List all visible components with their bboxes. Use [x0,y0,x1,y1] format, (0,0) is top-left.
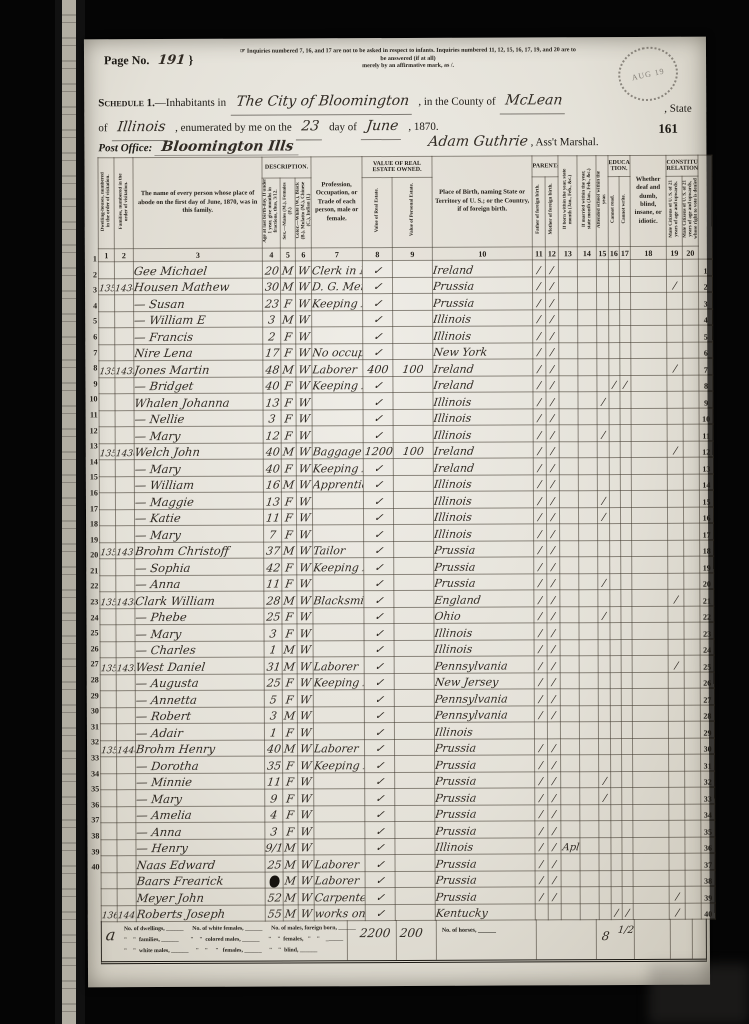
cell-re: ✓ [362,261,392,278]
cell-c19 [669,738,685,755]
row-number-left: 20 [87,548,98,564]
cell-value: / [550,281,555,292]
cell-sex: M [282,739,297,756]
cell-c16 [611,837,622,854]
cell-value: 3 [269,627,278,640]
cell-c17 [620,342,631,359]
cell-pe [394,623,434,640]
cell-value: / [550,314,555,325]
cell-c14 [577,260,596,277]
cell-occ [312,327,363,344]
cell-value: Prussia [435,890,477,903]
cell-occ: Laborer [314,855,365,872]
cell-value: F [285,561,294,574]
cell-value: Kentucky [435,907,488,920]
cell-c14 [579,689,598,706]
cell-value: / [538,578,543,589]
footer-horses-label: No. of horses, ______ [442,928,496,934]
cell-value: F [286,775,295,788]
cell-c14 [578,359,597,376]
cell-c19 [669,853,685,870]
group-header-constitutional: Constitutional Relations. [666,155,698,176]
cell-value: Ireland [433,379,475,392]
cell-c15 [599,821,611,838]
cell-value: Illinois [434,643,473,656]
cell-col: W [295,277,311,294]
cell-sex: F [283,772,298,789]
marshal-signature-line: Adam Guthrie , Ass't Marshal. [428,133,598,150]
cell-c16 [610,656,621,673]
cell-name: — Adair [135,723,264,740]
cell-c13 [560,540,579,557]
cell-c15: / [599,788,611,805]
footer-divider [436,920,437,960]
cell-c15 [599,870,611,887]
col-header-male-citizens-denied: Male Citizens of U. S. of 21 years of ag… [682,176,698,246]
cell-c13 [561,788,580,805]
footer-divider [536,919,537,959]
cell-c15 [599,887,611,904]
cell-dw [101,757,117,774]
cell-value: W [298,379,311,392]
cell-c17 [622,738,633,755]
cell-c19: / [667,358,683,375]
cell-fam: 1438 [116,592,135,609]
cell-name: — Mary [136,789,265,806]
cell-sex: M [281,475,296,492]
day-value: 23 [296,115,325,140]
row-number-right: 40 [701,903,715,920]
cell-value: M [284,742,297,755]
cell-c14 [579,705,598,722]
cell-c16 [611,821,622,838]
schedule-line: Schedule 1.—Inhabitants in The City of B… [98,89,694,141]
column-number: 7 [311,248,362,261]
cell-name: — Maggie [134,492,263,509]
cell-fam [115,328,134,345]
cell-col: W [297,607,313,624]
cell-value: / [601,430,606,441]
cell-value: ✓ [374,775,385,788]
cell-value: M [283,643,296,656]
cell-sex: F [281,508,296,525]
cell-value: / [538,512,543,523]
cell-fam [116,674,135,691]
cell-value: / [601,397,606,408]
cell-c17 [621,540,632,557]
cell-sex: F [283,805,298,822]
cell-value: W [299,660,312,673]
cell-c17 [621,672,632,689]
cell-c15: / [597,392,609,409]
row-number-right: 33 [701,787,715,804]
cell-value: W [299,742,312,755]
cell-c20 [683,408,699,425]
cell-value: England [434,593,482,606]
cell-c12: / [548,738,561,755]
cell-value: Illinois [433,412,472,425]
cell-dw [99,377,115,394]
page-number-line: Page No. 191 } [104,53,193,68]
cell-pe [394,640,434,657]
page-no-value: 191 [157,53,186,68]
cell-c16 [611,755,622,772]
row-number-left: 17 [87,501,98,517]
cell-value: F [286,792,295,805]
cell-value: Laborer [314,874,360,887]
cell-value: Ireland [433,362,475,375]
cell-value: Apl [561,842,579,853]
cell-pe [394,590,434,607]
cell-value: 1354 [99,367,115,377]
cell-value: W [298,478,311,491]
cell-fam [117,806,136,823]
cell-value: 1435 [115,367,134,377]
cell-value: ✓ [374,742,385,755]
cell-value: F [284,495,293,508]
row-number-left: 16 [87,485,98,501]
row-number-left: 21 [87,563,98,579]
cell-c12 [548,903,561,920]
cell-age: 17 [263,344,281,361]
cell-name: Naas Edward [136,855,265,872]
cell-c12: / [546,441,559,458]
cell-c13 [560,656,579,673]
cell-occ: Tailor [313,541,364,558]
footer-divider [347,920,348,960]
cell-sex: M [283,855,298,872]
cell-birth: Illinois [435,837,535,854]
cell-name: — Mary [134,459,263,476]
cell-value: / [673,363,678,374]
cell-value: Clerk in Mor [311,264,362,277]
cell-c15 [598,623,610,640]
cell-value: 1356 [100,548,116,558]
cell-pe [395,854,435,871]
cell-col: W [297,525,313,542]
cell-col: W [298,789,314,806]
cell-value: Laborer [314,742,360,755]
cell-sex: F [282,558,297,575]
row-number-left: 29 [88,688,99,704]
cell-col: W [296,310,312,327]
cell-occ: Clerk in Mor [311,261,362,278]
cell-c13 [559,474,578,491]
cell-value: 30 [264,281,280,294]
cell-c20 [683,474,699,491]
cell-c20 [684,540,700,557]
cell-value: / [551,479,556,490]
cell-c20 [683,375,699,392]
cell-c18 [632,523,668,540]
cell-c14 [578,491,597,508]
column-number: 19 [666,246,682,259]
cell-pe [394,656,434,673]
col-header-name: The name of every person whose place of … [133,157,262,249]
cell-dw: 1354 [99,361,115,378]
cell-c16 [611,738,622,755]
cell-col: W [297,657,313,674]
cell-value: Pennsylvania [434,709,508,722]
cell-value: / [674,660,679,671]
column-number: 10 [432,247,532,260]
cell-value: W [298,412,311,425]
cell-age: 9/12 [265,839,283,856]
cell-value: W [299,792,312,805]
cell-occ: Baggage Master [312,442,363,459]
cell-dw [99,427,115,444]
cell-sex: M [282,657,297,674]
cell-value: Gee Michael [133,263,207,277]
row-number-left: 39 [88,844,99,860]
cell-col: W [297,706,313,723]
cell-value: Prussia [435,742,477,755]
cell-c16 [609,491,620,508]
cell-c14 [579,606,598,623]
cell-value: ✓ [375,825,386,838]
cell-value: M [282,445,295,458]
cell-fam [117,856,136,873]
cell-value: F [284,462,293,475]
cell-value: M [282,264,295,277]
row-number-left: 28 [88,672,99,688]
cell-c13 [560,524,579,541]
cell-value: M [284,874,297,887]
instructions-fineprint: ☞ Inquiries numbered 7, 16, and 17 are n… [238,47,578,71]
row-number-right: 37 [701,853,715,870]
cell-birth: Illinois [433,491,533,508]
cell-occ [313,525,364,542]
cell-pe [394,524,434,541]
cell-age: 25 [265,855,283,872]
cell-value: — Mary [135,626,182,640]
cell-dw [101,806,117,823]
cell-sex: F [281,426,296,443]
cell-value: Apprentice Mach [312,478,363,491]
cell-c16 [610,590,621,607]
cell-c20 [685,820,701,837]
cell-c15 [597,342,609,359]
cell-c11: / [535,870,548,887]
row-number-left: 3 [86,282,97,298]
col-header-deaf-dumb: Whether deaf and dumb, blind, insane, or… [630,155,666,246]
cell-c14 [580,755,599,772]
cell-c13 [560,606,579,623]
cell-c16 [610,573,621,590]
cell-c20 [684,721,700,738]
cell-c19 [669,771,685,788]
cell-sex: F [282,574,297,591]
cell-c14 [579,540,598,557]
cell-c18 [632,639,668,656]
cell-fam [117,823,136,840]
row-number-right: 7 [699,358,713,375]
row-number-right: 5 [699,325,713,342]
cell-value: Baars Frearick [136,874,224,888]
cell-col: W [296,393,312,410]
cell-value: 4 [270,809,279,822]
cell-c13 [561,854,580,871]
cell-name: — Mary [134,426,263,443]
cell-c13 [560,623,579,640]
cell-c15 [597,293,609,310]
cell-c17 [621,523,632,540]
cell-re: ✓ [363,426,393,443]
column-number: 11 [532,247,545,260]
cell-age: 40 [263,377,281,394]
cell-value: Illinois [435,841,474,854]
cell-c14 [578,276,597,293]
cell-value: D. G. Merchant [312,280,363,293]
cell-name: — William [134,476,263,493]
cell-value: / [673,446,678,457]
row-number-left: 26 [88,641,99,657]
cell-value: 1440 [116,746,135,756]
row-number-right: 16 [700,507,714,524]
cell-value: / [551,595,556,606]
cell-value: Naas Edward [136,857,216,871]
cell-c11: / [533,375,546,392]
row-number-left: 24 [87,610,98,626]
cell-c14 [578,458,597,475]
cell-c15 [597,408,609,425]
cell-birth: Illinois [434,639,534,656]
county-label: , in the County of [418,96,495,108]
cell-value: / [675,908,680,919]
cell-c18 [632,573,668,590]
cell-dw [100,724,116,741]
cell-value: 11 [265,578,281,591]
schedule-title: Schedule 1. [98,97,155,109]
cell-c14 [578,309,597,326]
cell-pe [395,739,435,756]
cell-value: New York [433,346,488,359]
cell-c13 [560,573,579,590]
cell-c16 [610,540,621,557]
cell-pe [393,491,433,508]
cell-re: ✓ [364,690,394,707]
cell-age: 1 [264,641,282,658]
cell-re: ✓ [364,574,394,591]
cell-pe [395,887,435,904]
cell-c19 [667,490,683,507]
cell-value: — Dorotha [136,758,200,772]
cell-value: ✓ [373,478,384,491]
cell-c18 [632,589,668,606]
cell-value: / [537,265,542,276]
row-number-right: 35 [701,820,715,837]
cell-dw [100,707,116,724]
cell-value: / [551,562,556,573]
cell-occ [313,640,364,657]
cell-value: 1 [269,644,278,657]
cell-c16 [609,276,620,293]
cell-col: W [298,838,314,855]
cell-c11: / [534,540,547,557]
cell-value: Brohm Henry [135,742,215,756]
cell-value: / [552,710,557,721]
cell-col: W [298,888,314,905]
footer-mark-half: 1/2 [617,925,634,936]
cell-age: 13 [263,492,281,509]
cell-c18 [631,490,667,507]
cell-value: / [538,562,543,573]
cell-age: 30 [262,278,280,295]
cell-re: ✓ [364,640,394,657]
enumerated-label: , enumerated by me on the [175,121,292,134]
cell-c18 [631,292,667,309]
cell-c16: / [611,903,622,920]
cell-occ: Laborer [312,360,363,377]
cell-c16 [609,342,620,359]
cell-value: — Bridget [134,379,194,393]
cell-age: 40 [263,443,281,460]
cell-c11: / [532,260,545,277]
cell-value: 1436 [115,449,134,459]
cell-re: ✓ [363,310,393,327]
cell-value: / [537,380,542,391]
cell-value: / [537,281,542,292]
cell-c13 [559,309,578,326]
cell-sex: M [281,360,296,377]
cell-value: 2 [267,330,276,343]
cell-pe [393,392,433,409]
cell-value: 400 [367,363,390,376]
row-number-right: 1 [698,259,712,276]
cell-value: ✓ [374,693,385,706]
cell-value: F [284,379,293,392]
cell-value: / [550,413,555,424]
cell-pe [394,557,434,574]
cell-value: W [298,511,311,524]
page-no-brace: } [188,53,193,67]
cell-value: 5 [269,693,278,706]
cell-occ [314,838,365,855]
row-number-left: 2 [86,267,97,283]
row-number-right: 39 [701,886,715,903]
cell-c18 [631,375,667,392]
post-office-line: Post Office: Bloomington Ills [98,137,694,157]
cell-c18 [631,309,667,326]
cell-c14 [578,392,597,409]
cell-c19 [667,375,683,392]
cell-value: Prussia [434,560,476,573]
cell-c16 [609,408,620,425]
cell-c12: / [548,870,561,887]
cell-birth: Ireland [433,441,533,458]
cell-birth: Ireland [433,375,533,392]
cell-c20 [684,556,700,573]
cell-value: / [537,298,542,309]
cell-age: 25 [264,608,282,625]
cell-fam [115,476,134,493]
cell-occ [313,690,364,707]
page-header: Page No. 191 } ☞ Inquiries numbered 7, 1… [98,45,694,48]
cell-name: Baars Frearick [136,872,265,889]
cell-value: Illinois [433,478,472,491]
cell-c20 [685,804,701,821]
cell-c20 [683,325,699,342]
cell-pe [393,343,433,360]
cell-c20 [683,457,699,474]
cell-c13 [561,771,580,788]
cell-value: M [284,858,297,871]
cell-birth: Illinois [433,392,533,409]
row-number-left: 25 [87,626,98,642]
col-header-personal-estate: Value of Personal Estate. [392,177,432,247]
cell-c12: / [548,854,561,871]
row-number-right: 13 [699,457,713,474]
